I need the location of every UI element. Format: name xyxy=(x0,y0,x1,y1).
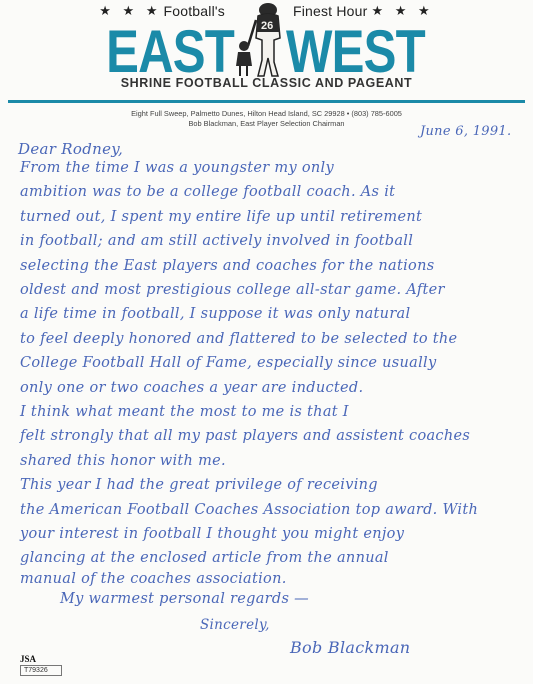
letter-signoff: Sincerely, xyxy=(200,617,270,633)
jsa-certificate-number: T79326 xyxy=(20,665,62,676)
letterhead-subtitle: SHRINE FOOTBALL CLASSIC AND PAGEANT xyxy=(0,76,533,90)
body-line: selecting the East players and coaches f… xyxy=(20,258,434,274)
body-line: a life time in football, I suppose it wa… xyxy=(20,306,410,322)
body-line: ambition was to be a college football co… xyxy=(20,184,395,200)
body-line: felt strongly that all my past players a… xyxy=(20,428,470,444)
tagline-right: Finest Hour xyxy=(293,3,368,19)
body-line: College Football Hall of Fame, especiall… xyxy=(20,355,437,371)
stars-left-icon: ★ ★ ★ xyxy=(99,3,161,19)
body-line: to feel deeply honored and flattered to … xyxy=(20,331,457,347)
body-line: oldest and most prestigious college all-… xyxy=(20,282,445,298)
stars-right-icon: ★ ★ ★ xyxy=(372,3,434,19)
body-line: I think what meant the most to me is tha… xyxy=(20,404,349,420)
body-line: From the time I was a youngster my only xyxy=(20,160,334,176)
letter-closing: My warmest personal regards — xyxy=(60,591,309,607)
letter-salutation: Dear Rodney, xyxy=(18,140,123,158)
player-and-child-icon: 26 xyxy=(228,22,292,78)
signature: Bob Blackman xyxy=(290,638,410,657)
svg-text:26: 26 xyxy=(261,20,273,32)
body-line: shared this honor with me. xyxy=(20,453,226,469)
logo: EAST 26 WEST xyxy=(0,22,533,78)
jsa-label: JSA xyxy=(20,654,70,664)
body-line: turned out, I spent my entire life up un… xyxy=(20,209,422,225)
logo-west: WEST xyxy=(286,26,425,78)
body-line: your interest in football I thought you … xyxy=(20,526,404,542)
letter-date: June 6, 1991. xyxy=(420,124,511,139)
tagline-left: Football's xyxy=(163,3,224,19)
address-line: Eight Full Sweep, Palmetto Dunes, Hilton… xyxy=(0,109,533,119)
logo-east: EAST xyxy=(106,26,234,78)
letterhead-divider xyxy=(8,100,525,103)
body-line: in football; and am still actively invol… xyxy=(20,233,413,249)
jsa-authentication-sticker: JSA T79326 xyxy=(20,654,70,676)
body-line: This year I had the great privilege of r… xyxy=(20,477,378,493)
body-line: manual of the coaches association. xyxy=(20,571,287,587)
body-line: glancing at the enclosed article from th… xyxy=(20,550,389,566)
letterhead: ★ ★ ★ Football's Finest Hour ★ ★ ★ EAST … xyxy=(0,0,533,125)
body-line: only one or two coaches a year are induc… xyxy=(20,380,363,396)
body-line: the American Football Coaches Associatio… xyxy=(20,502,478,518)
